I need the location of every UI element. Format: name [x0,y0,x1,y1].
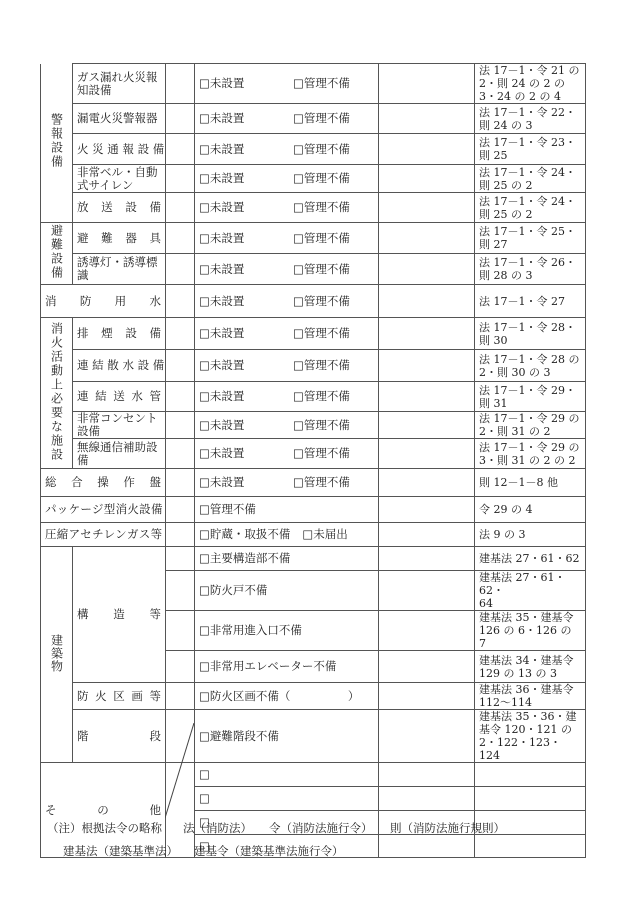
check-options: □未設置□管理不備 [195,104,379,134]
legal-basis: 法 17－1・令 23・ 則 25 [475,134,586,165]
blank-cell [166,683,195,710]
blank-cell [166,523,195,547]
legal-basis: 法 9 の 3 [475,523,586,547]
item-name: 誘導灯・誘導標識 [73,254,166,285]
blank-cell [166,382,195,412]
legal-basis: 法 17－1・令 25・ 則 27 [475,223,586,254]
table-row: 避難設備 避 難 器 具 □未設置□管理不備 法 17－1・令 25・ 則 27 [41,223,586,254]
checkbox-poor-management: □管理不備 [293,111,350,125]
checkbox-poor-management: □管理不備 [293,294,350,308]
diagonal-line [165,723,194,818]
checkbox-main-structure: □主要構造部不備 [199,551,290,565]
blank-cell [166,350,195,382]
check-options: □非常用進入口不備 [195,611,379,651]
blank-cell [166,318,195,350]
check-options: □ [195,787,379,811]
item-name: 無線通信補助設備 [73,439,166,469]
checkbox-not-installed: □未設置 [199,447,293,460]
group-label: 建築物 [50,634,64,673]
note-cell [379,497,475,523]
checkbox-not-installed: □未設置 [199,295,293,308]
legal-basis-empty [475,787,586,811]
legal-basis: 法 17－1・令 27 [475,285,586,318]
note-cell [379,165,475,193]
check-options: □非常用エレベーター不備 [195,651,379,683]
table-row: そ の 他 □ [41,763,586,787]
legal-basis: 建基法 27・61・62 [475,547,586,571]
table-row: 消火活動上必要な施設 排 煙 設 備 □未設置□管理不備 法 17－1・令 28… [41,318,586,350]
check-options: □主要構造部不備 [195,547,379,571]
blank-cell [166,254,195,285]
note-cell [379,193,475,223]
checkbox-poor-management: □管理不備 [293,475,350,489]
item-name: 総 合 操 作 盤 [41,469,166,497]
legal-basis: 建基法 34・建基令 129 の 13 の 3 [475,651,586,683]
group-label: 避難設備 [50,224,64,280]
item-name: 避 難 器 具 [73,223,166,254]
note-cell [379,787,475,811]
blank-cell [166,571,195,611]
checkbox-poor-management: □管理不備 [293,200,350,214]
item-name: パッケージ型消火設備 [41,497,166,523]
table-row: 火 災 通 報 設 備 □未設置□管理不備 法 17－1・令 23・ 則 25 [41,134,586,165]
legal-basis: 法 17－1・令 26・ 則 28 の 3 [475,254,586,285]
check-options: □未設置□管理不備 [195,64,379,104]
legal-basis: 法 17－1・令 29 の 3・則 31 の 2 の 2 [475,439,586,469]
blank-cell [166,165,195,193]
checkbox-not-installed: □未設置 [199,359,293,372]
legal-basis: 建基法 35・建基令 126 の 6・126 の 7 [475,611,586,651]
blank-cell [166,611,195,651]
checkbox-fire-door: □防火戸不備 [199,583,267,597]
check-options: □未設置□管理不備 [195,165,379,193]
checkbox-other: □ [199,767,210,781]
note-cell [379,285,475,318]
note-cell [379,469,475,497]
table-row: 建築物 構 造 等 □主要構造部不備 建基法 27・61・62 [41,547,586,571]
checkbox-not-notified: □未届出 [302,527,347,541]
note-cell [379,439,475,469]
table-row: 圧縮アセチレンガス等 □貯蔵・取扱不備□未届出 法 9 の 3 [41,523,586,547]
check-options: □未設置□管理不備 [195,350,379,382]
table-row: 連 結 送 水 管 □未設置□管理不備 法 17－1・令 29・ 則 31 [41,382,586,412]
item-name: 防 火 区 画 等 [73,683,166,710]
blank-cell [166,412,195,439]
note-cell [379,412,475,439]
group-evacuation: 避難設備 [41,223,73,285]
table-row: 警報設備 ガス漏れ火災報知設備 □未設置□管理不備 法 17－1・令 21 の … [41,64,586,104]
checkbox-poor-management: □管理不備 [293,358,350,372]
checkbox-poor-management: □管理不備 [293,389,350,403]
checkbox-not-installed: □未設置 [199,263,293,276]
check-options: □ [195,763,379,787]
check-options: □貯蔵・取扱不備□未届出 [195,523,379,547]
item-name: 火 災 通 報 設 備 [73,134,166,165]
legal-basis: 法 17－1・令 28 の 2・則 30 の 3 [475,350,586,382]
check-options: □未設置□管理不備 [195,193,379,223]
check-options: □未設置□管理不備 [195,285,379,318]
table-row: 無線通信補助設備 □未設置□管理不備 法 17－1・令 29 の 3・則 31 … [41,439,586,469]
note-cell [379,254,475,285]
checkbox-poor-management: □管理不備 [293,326,350,340]
note-cell [379,683,475,710]
note-cell [379,710,475,763]
table-row: 防 火 区 画 等 □防火区画不備（ ） 建基法 36・建基令 112～114 [41,683,586,710]
note-cell [379,64,475,104]
checkbox-not-installed: □未設置 [199,201,293,214]
checkbox-poor-management: □管理不備 [199,502,256,516]
check-options: □未設置□管理不備 [195,412,379,439]
item-name: 連 結 送 水 管 [73,382,166,412]
footnote-rei: 令（消防法施行令） [269,821,373,835]
check-options: □未設置□管理不備 [195,318,379,350]
checkbox-storage-handling: □貯蔵・取扱不備 [199,528,290,541]
note-cell [379,382,475,412]
item-name: 放 送 設 備 [73,193,166,223]
item-name: 圧縮アセチレンガス等 [41,523,166,547]
checkbox-poor-management: □管理不備 [293,142,350,156]
legal-basis: 則 12－1－8 他 [475,469,586,497]
item-name: 階 段 [73,710,166,763]
table-row: 漏電火災警報器 □未設置□管理不備 法 17－1・令 22・ 則 24 の 3 [41,104,586,134]
checkbox-not-installed: □未設置 [199,476,293,489]
blank-cell [166,223,195,254]
checkbox-other: □ [199,791,210,805]
check-options: □未設置□管理不備 [195,439,379,469]
footnote-label: （注）根拠法令の略称 [47,821,162,835]
checkbox-not-installed: □未設置 [199,419,293,432]
note-cell [379,134,475,165]
note-cell [379,104,475,134]
table-row: 階 段 □避難階段不備 建基法 35・36・建 基令 120・121 の 2・1… [41,710,586,763]
checkbox-poor-management: □管理不備 [293,418,350,432]
legal-basis-empty [475,763,586,787]
item-name: ガス漏れ火災報知設備 [73,64,166,104]
document-page: 警報設備 ガス漏れ火災報知設備 □未設置□管理不備 法 17－1・令 21 の … [0,0,630,903]
note-cell [379,763,475,787]
table-row: パッケージ型消火設備 □管理不備 令 29 の 4 [41,497,586,523]
blank-cell [166,134,195,165]
group-alarm: 警報設備 [41,64,73,223]
note-cell [379,523,475,547]
group-label: 消火活動上必要な施設 [50,322,64,462]
checkbox-poor-management: □管理不備 [293,231,350,245]
checkbox-emergency-elevator: □非常用エレベーター不備 [199,659,336,673]
blank-cell [166,469,195,497]
table-row: 誘導灯・誘導標識 □未設置□管理不備 法 17－1・令 26・ 則 28 の 3 [41,254,586,285]
blank-cell [166,64,195,104]
note-cell [379,651,475,683]
checkbox-poor-management: □管理不備 [293,76,350,90]
legal-basis: 法 17－1・令 28・ 則 30 [475,318,586,350]
note-cell [379,611,475,651]
note-cell [379,571,475,611]
blank-cell [166,651,195,683]
check-options: □管理不備 [195,497,379,523]
blank-cell [166,497,195,523]
note-cell [379,318,475,350]
footnote-kenkirei: 建基令（建築基準法施行令） [194,844,344,858]
item-name: 排 煙 設 備 [73,318,166,350]
table-row: 総 合 操 作 盤 □未設置□管理不備 則 12－1－8 他 [41,469,586,497]
check-options: □未設置□管理不備 [195,134,379,165]
table-row: 連 結 散 水 設 備 □未設置□管理不備 法 17－1・令 28 の 2・則 … [41,350,586,382]
check-options: □防火区画不備（ ） [195,683,379,710]
checkbox-evacuation-stairs: □避難階段不備 [199,729,279,743]
blank-cell [166,547,195,571]
group-firefighting: 消火活動上必要な施設 [41,318,73,469]
legal-basis: 建基法 36・建基令 112～114 [475,683,586,710]
checkbox-not-installed: □未設置 [199,143,293,156]
checkbox-not-installed: □未設置 [199,112,293,125]
legal-basis: 建基法 35・36・建 基令 120・121 の 2・122・123・124 [475,710,586,763]
note-cell [379,223,475,254]
check-options: □未設置□管理不備 [195,382,379,412]
check-options: □防火戸不備 [195,571,379,611]
legal-basis: 法 17－1・令 29・ 則 31 [475,382,586,412]
item-name: 非常ベル・自動式サイレン [73,165,166,193]
legal-basis: 法 17－1・令 24・ 則 25 の 2 [475,193,586,223]
footnote-ho: 法（消防法） [183,821,252,835]
check-options: □未設置□管理不備 [195,254,379,285]
checkbox-not-installed: □未設置 [199,390,293,403]
note-cell [379,835,475,858]
check-options: □未設置□管理不備 [195,223,379,254]
check-options: □未設置□管理不備 [195,469,379,497]
table-row: 非常コンセント設備 □未設置□管理不備 法 17－1・令 29 の 2・則 31… [41,412,586,439]
item-name: 連 結 散 水 設 備 [73,350,166,382]
blank-cell [166,193,195,223]
inspection-table: 警報設備 ガス漏れ火災報知設備 □未設置□管理不備 法 17－1・令 21 の … [40,63,586,858]
group-label: 警報設備 [50,113,64,169]
item-name: 構 造 等 [73,547,166,683]
checkbox-not-installed: □未設置 [199,172,293,185]
blank-cell [166,285,195,318]
note-cell [379,547,475,571]
checkbox-not-installed: □未設置 [199,77,293,90]
legal-basis: 法 17－1・令 21 の 2・則 24 の 2 の 3・24 の 2 の 4 [475,64,586,104]
table-row: 消 防 用 水 □未設置□管理不備 法 17－1・令 27 [41,285,586,318]
checkbox-emergency-entrance: □非常用進入口不備 [199,623,302,637]
footnote-kenkiho: 建基法（建築基準法） [63,844,178,858]
checkbox-poor-management: □管理不備 [293,262,350,276]
group-building: 建築物 [41,547,73,763]
legal-basis: 建基法 27・61・62・ 64 [475,571,586,611]
note-cell [379,350,475,382]
checkbox-fire-compartment: □防火区画不備（ ） [199,689,359,703]
legal-basis: 法 17－1・令 29 の 2・則 31 の 2 [475,412,586,439]
checkbox-not-installed: □未設置 [199,327,293,340]
legal-basis-empty [475,835,586,858]
checkbox-poor-management: □管理不備 [293,446,350,460]
footnote-soku: 則（消防法施行規則） [390,821,505,835]
table-row: 放 送 設 備 □未設置□管理不備 法 17－1・令 24・ 則 25 の 2 [41,193,586,223]
checkbox-not-installed: □未設置 [199,232,293,245]
legal-basis: 令 29 の 4 [475,497,586,523]
item-name: 漏電火災警報器 [73,104,166,134]
item-name: 非常コンセント設備 [73,412,166,439]
legal-basis: 法 17－1・令 22・ 則 24 の 3 [475,104,586,134]
blank-cell [166,104,195,134]
check-options: □避難階段不備 [195,710,379,763]
checkbox-poor-management: □管理不備 [293,171,350,185]
item-name: 消 防 用 水 [41,285,166,318]
blank-cell [166,439,195,469]
table-row: 非常ベル・自動式サイレン □未設置□管理不備 法 17－1・令 24・ 則 25… [41,165,586,193]
legal-basis: 法 17－1・令 24・ 則 25 の 2 [475,165,586,193]
